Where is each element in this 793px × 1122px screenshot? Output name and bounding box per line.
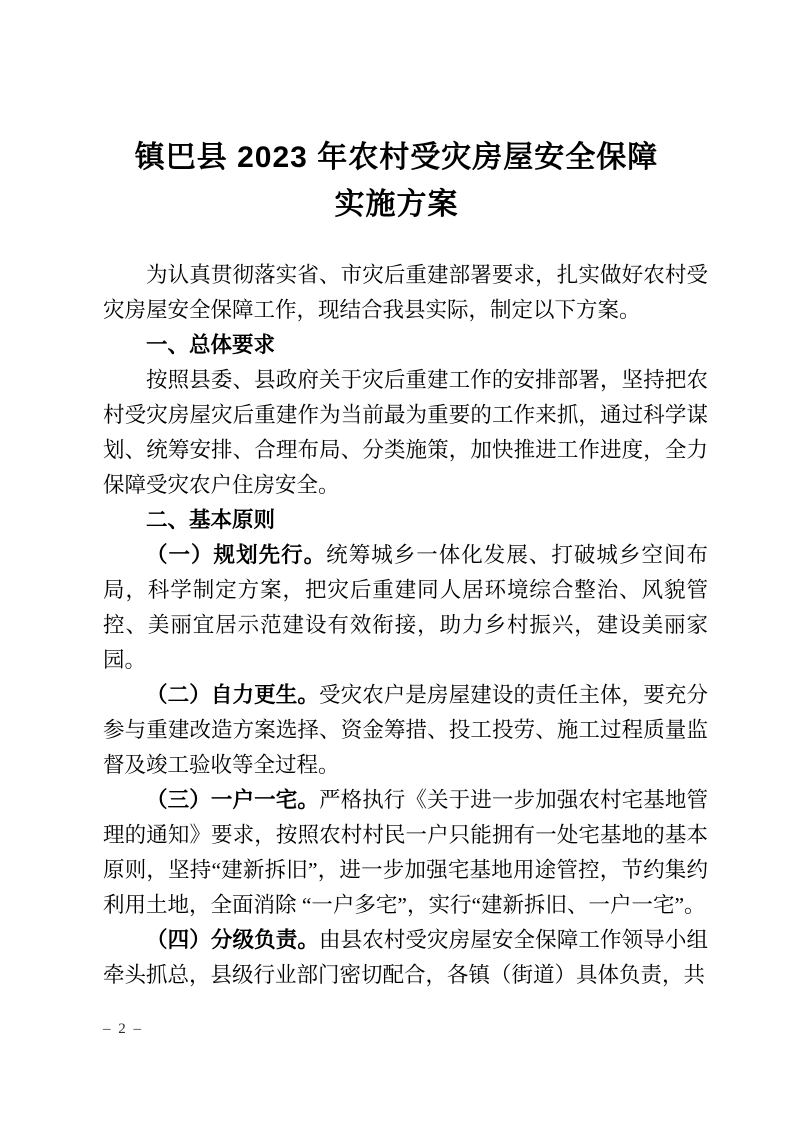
document-title: 镇巴县 2023 年农村受灾房屋安全保障 实施方案 [0, 0, 793, 228]
document-title-line-1: 镇巴县 2023 年农村受灾房屋安全保障 [60, 134, 733, 181]
page-number: – 2 – [103, 1020, 143, 1038]
section-heading-basic-principles: 二、基本原则 [103, 503, 708, 538]
document-body: 为认真贯彻落实省、市灾后重建部署要求，扎实做好农村受灾房屋安全保障工作，现结合我… [0, 258, 793, 993]
principle-4-lead: （四）分级负责。 [146, 928, 319, 952]
principle-3-lead: （三）一户一宅。 [146, 788, 319, 812]
overall-requirements-paragraph: 按照县委、县政府关于灾后重建工作的安排部署，坚持把农村受灾房屋灾后重建作为当前最… [103, 363, 708, 503]
document-title-line-2: 实施方案 [60, 181, 733, 228]
section-heading-overall-requirements: 一、总体要求 [103, 328, 708, 363]
principle-paragraph-4: （四）分级负责。由县农村受灾房屋安全保障工作领导小组牵头抓总，县级行业部门密切配… [103, 923, 708, 993]
principle-paragraph-2: （二）自力更生。受灾农户是房屋建设的责任主体，要充分参与重建改造方案选择、资金筹… [103, 678, 708, 783]
intro-paragraph: 为认真贯彻落实省、市灾后重建部署要求，扎实做好农村受灾房屋安全保障工作，现结合我… [103, 258, 708, 328]
document-page: 镇巴县 2023 年农村受灾房屋安全保障 实施方案 为认真贯彻落实省、市灾后重建… [0, 0, 793, 1122]
principle-1-lead: （一）规划先行。 [146, 543, 326, 567]
principle-paragraph-1: （一）规划先行。统筹城乡一体化发展、打破城乡空间布局，科学制定方案，把灾后重建同… [103, 538, 708, 678]
principle-2-lead: （二）自力更生。 [146, 683, 319, 707]
principle-paragraph-3: （三）一户一宅。严格执行《关于进一步加强农村宅基地管理的通知》要求，按照农村村民… [103, 783, 708, 923]
